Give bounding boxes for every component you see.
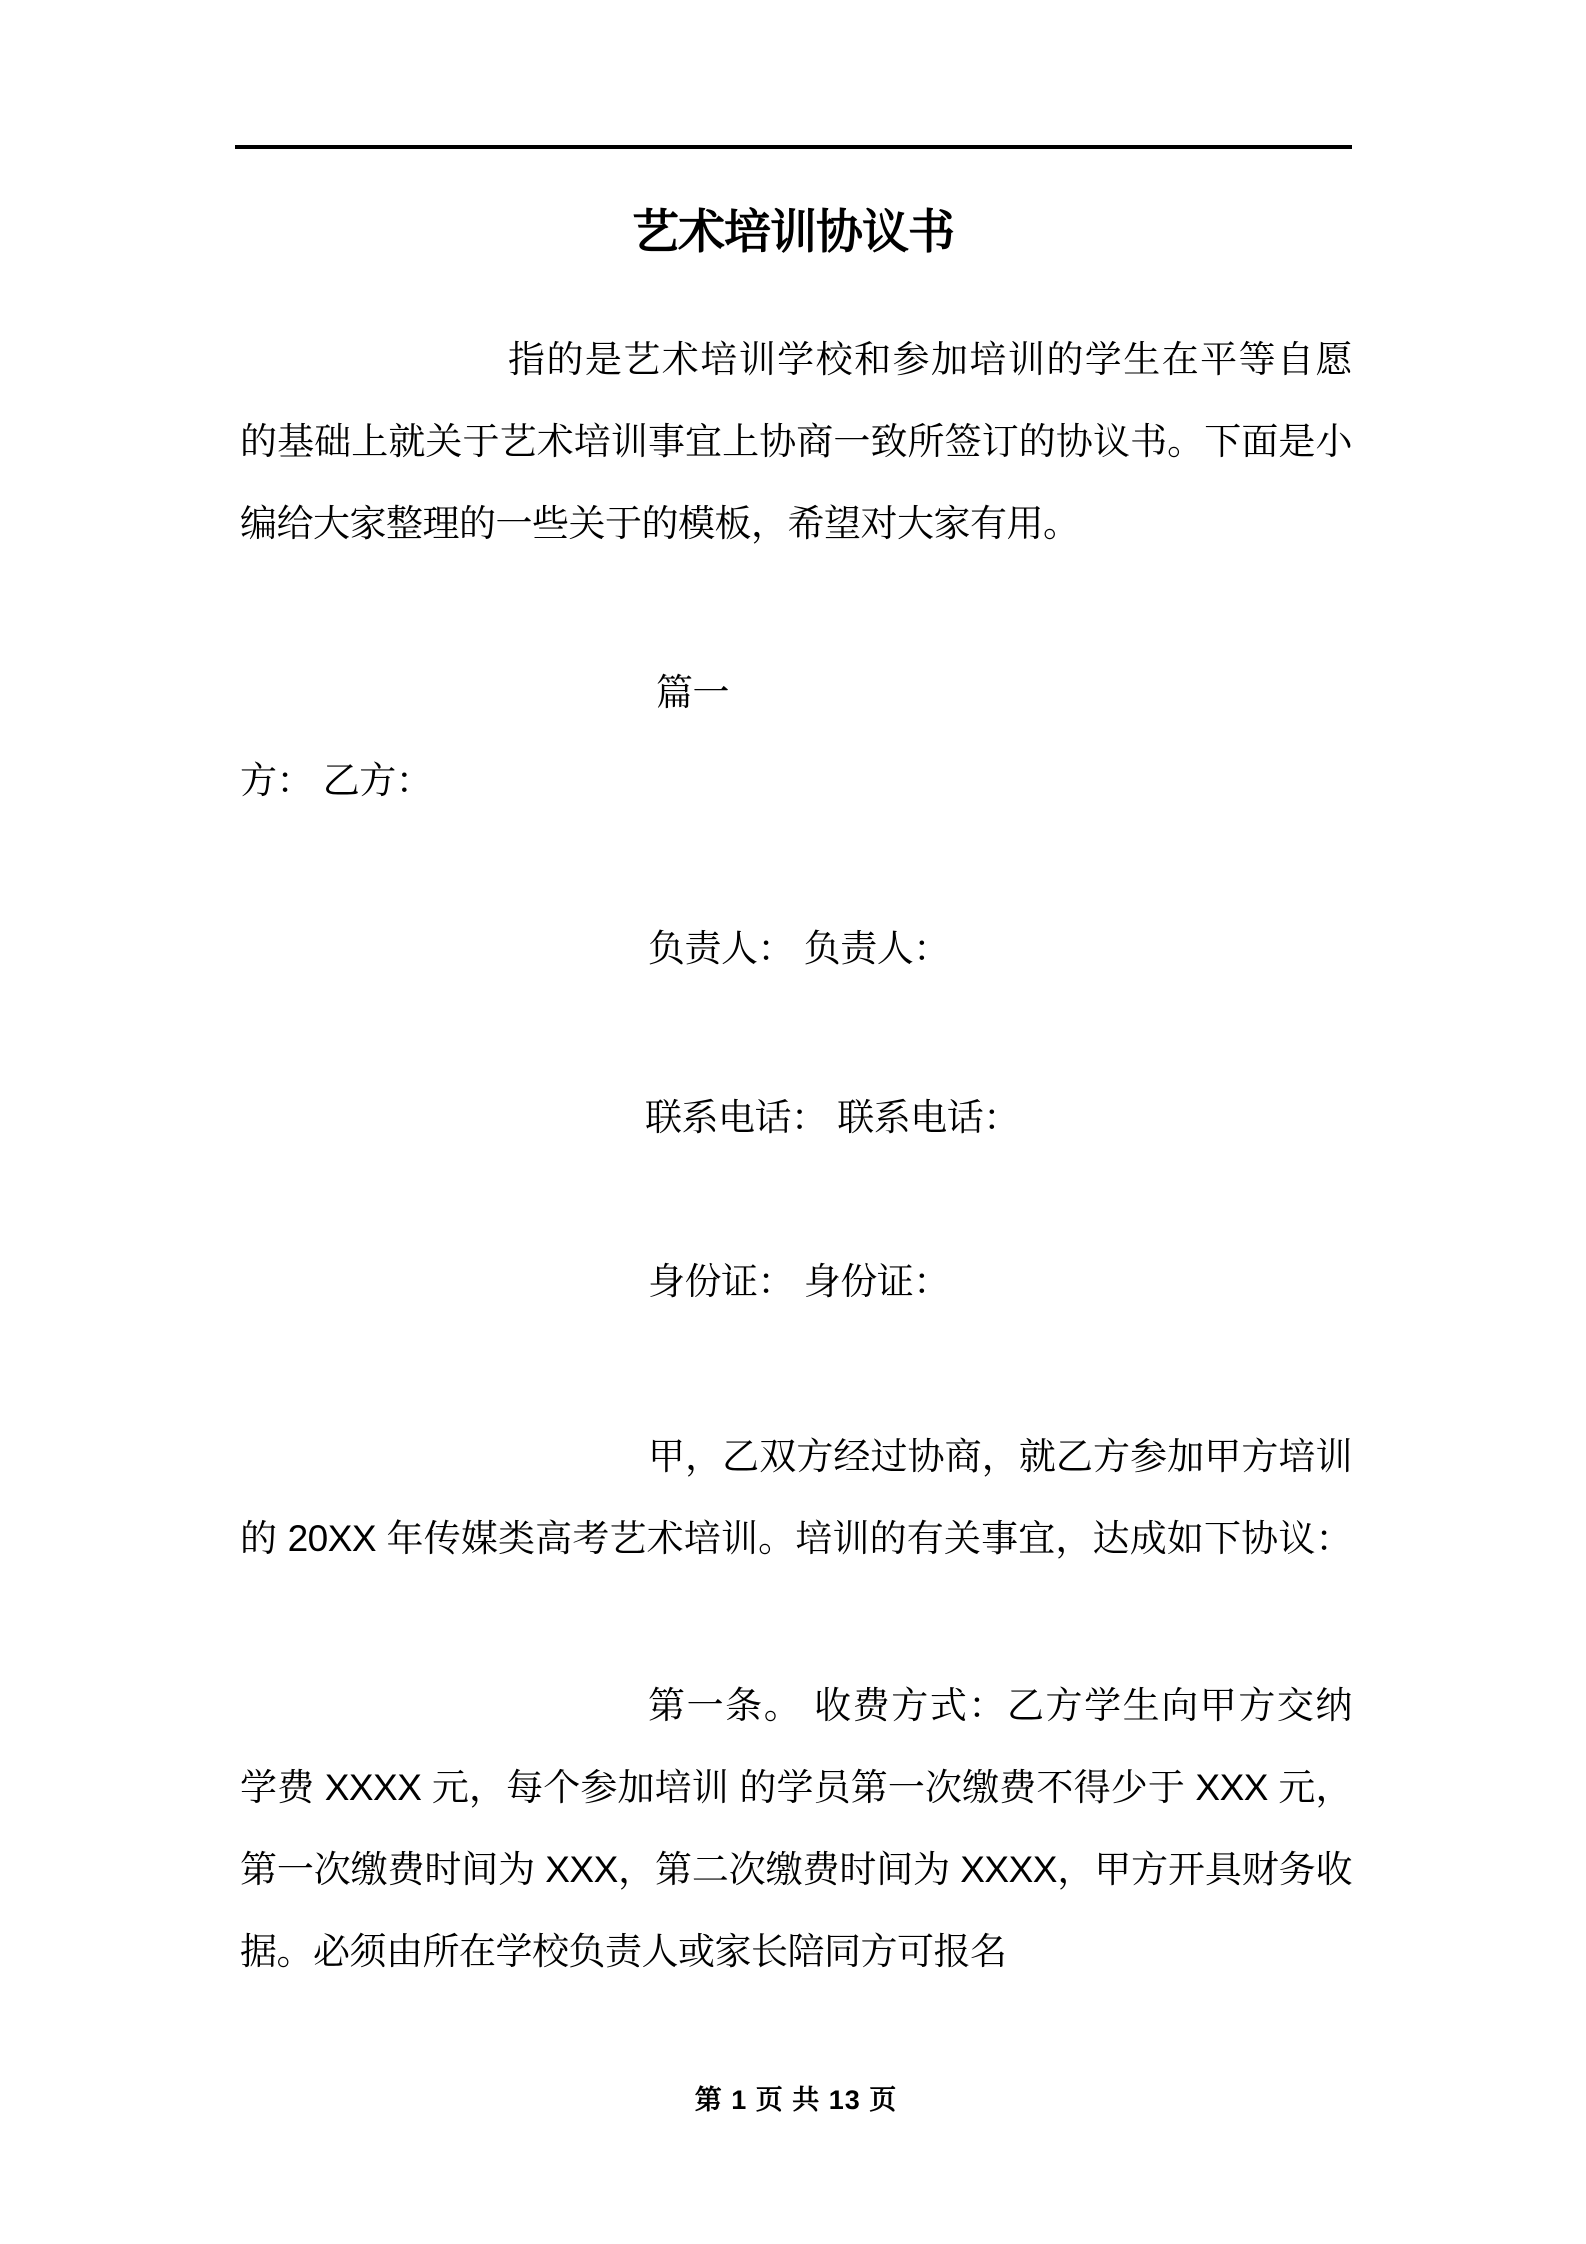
party-line: 方： 乙方： [240, 740, 1586, 822]
section-heading-label: 篇一 [656, 652, 729, 734]
paragraph-line: 第一条。 收费方式：乙方学生向甲方交纳 [240, 1665, 1352, 1747]
header-rule [235, 145, 1352, 149]
paragraph-line: 编给大家整理的一些关于的模板，希望对大家有用。 [240, 483, 1352, 565]
paragraph-line: 指的是艺术培训学校和参加培训的学生在平等自愿 [240, 319, 1352, 401]
paragraph-line: 的基础上就关于艺术培训事宜上协商一致所签订的协议书。下面是小 [240, 401, 1352, 483]
document-page: 艺术培训协议书 指的是艺术培训学校和参加培训的学生在平等自愿 的基础上就关于艺术… [0, 0, 1586, 2244]
paragraph-line: 学费 XXXX 元，每个参加培训 的学员第一次缴费不得少于 XXX 元， [240, 1747, 1352, 1829]
paragraph-intro: 指的是艺术培训学校和参加培训的学生在平等自愿 的基础上就关于艺术培训事宜上协商一… [240, 319, 1352, 565]
document-title: 艺术培训协议书 [237, 202, 1349, 262]
contact-phone-line: 联系电话： 联系电话： [240, 1077, 1586, 1159]
paragraph-agreement: 甲，乙双方经过协商，就乙方参加甲方培训 的 20XX 年传媒类高考艺术培训。培训… [240, 1416, 1352, 1580]
paragraph-line: 据。必须由所在学校负责人或家长陪同方可报名 [240, 1911, 1352, 1993]
paragraph-line: 甲，乙双方经过协商，就乙方参加甲方培训 [240, 1416, 1352, 1498]
id-card-line: 身份证： 身份证： [240, 1241, 1586, 1323]
paragraph-line: 的 20XX 年传媒类高考艺术培训。培训的有关事宜，达成如下协议： [240, 1498, 1352, 1580]
paragraph-article1: 第一条。 收费方式：乙方学生向甲方交纳 学费 XXXX 元，每个参加培训 的学员… [240, 1665, 1352, 1993]
paragraph-line: 第一次缴费时间为 XXX，第二次缴费时间为 XXXX，甲方开具财务收 [240, 1829, 1352, 1911]
section-heading-row: 篇一 甲 [240, 652, 1586, 734]
page-footer: 第 1 页 共 13 页 [240, 2074, 1352, 2126]
responsible-person-line: 负责人： 负责人： [240, 908, 1586, 990]
